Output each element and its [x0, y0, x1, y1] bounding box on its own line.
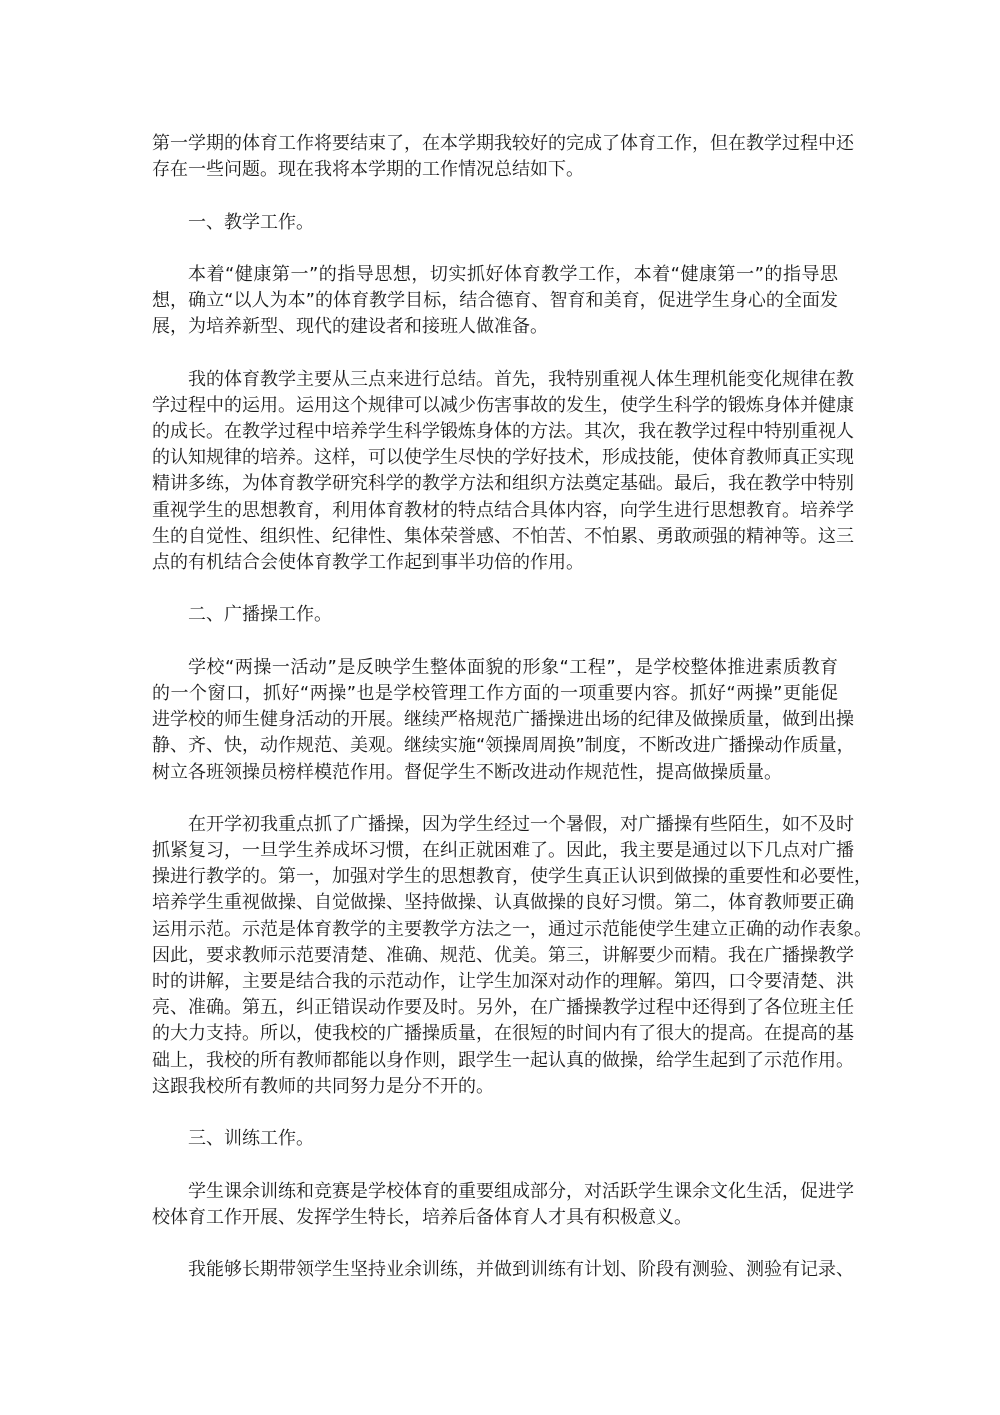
text-line: 学生课余训练和竞赛是学校体育的重要组成部分，对活跃学生课余文化生活，促进学	[152, 1179, 838, 1205]
paragraph: 学校“两操一活动”是反映学生整体面貌的形象“工程”，是学校整体推进素质教育 的一…	[152, 655, 838, 786]
document-page: 第一学期的体育工作将要结束了，在本学期我较好的完成了体育工作，但在教学过程中还 …	[152, 131, 838, 1309]
text-line: 的成长。在教学过程中培养学生科学锻炼身体的方法。其次，我在教学过程中特别重视人	[152, 419, 838, 445]
text-line: 精讲多练，为体育教学研究科学的教学方法和组织方法奠定基础。最后，我在教学中特别	[152, 471, 838, 497]
paragraph: 在开学初我重点抓了广播操，因为学生经过一个暑假，对广播操有些陌生，如不及时 抓紧…	[152, 812, 838, 1100]
text-line: 的一个窗口，抓好“两操”也是学校管理工作方面的一项重要内容。抓好“两操”更能促	[152, 681, 838, 707]
text-line: 运用示范。示范是体育教学的主要教学方法之一，通过示范能使学生建立正确的动作表象。	[152, 917, 838, 943]
text-line: 培养学生重视做操、自觉做操、坚持做操、认真做操的良好习惯。第二，体育教师要正确	[152, 890, 838, 916]
text-line: 本着“健康第一”的指导思想，切实抓好体育教学工作，本着“健康第一”的指导思	[152, 262, 838, 288]
text-line: 础上，我校的所有教师都能以身作则，跟学生一起认真的做操，给学生起到了示范作用。	[152, 1048, 838, 1074]
text-line: 抓紧复习，一旦学生养成坏习惯，在纠正就困难了。因此，我主要是通过以下几点对广播	[152, 838, 838, 864]
text-line: 学校“两操一活动”是反映学生整体面貌的形象“工程”，是学校整体推进素质教育	[152, 655, 838, 681]
section-heading-text: 二、广播操工作。	[152, 602, 838, 628]
section-heading-text: 三、训练工作。	[152, 1126, 838, 1152]
paragraph: 本着“健康第一”的指导思想，切实抓好体育教学工作，本着“健康第一”的指导思 想，…	[152, 262, 838, 341]
text-line: 静、齐、快，动作规范、美观。继续实施“领操周周换”制度，不断改进广播操动作质量，	[152, 733, 838, 759]
text-line: 的大力支持。所以，使我校的广播操质量，在很短的时间内有了很大的提高。在提高的基	[152, 1021, 838, 1047]
text-line: 展，为培养新型、现代的建设者和接班人做准备。	[152, 314, 838, 340]
paragraph: 我的体育教学主要从三点来进行总结。首先，我特别重视人体生理机能变化规律在教 学过…	[152, 367, 838, 577]
text-line: 在开学初我重点抓了广播操，因为学生经过一个暑假，对广播操有些陌生，如不及时	[152, 812, 838, 838]
section-heading-training: 三、训练工作。	[152, 1126, 838, 1152]
section-heading-broadcast-exercise: 二、广播操工作。	[152, 602, 838, 628]
text-line: 时的讲解，主要是结合我的示范动作，让学生加深对动作的理解。第四，口令要清楚、洪	[152, 969, 838, 995]
text-line: 因此，要求教师示范要清楚、准确、规范、优美。第三，讲解要少而精。我在广播操教学	[152, 943, 838, 969]
section-heading-teaching: 一、教学工作。	[152, 210, 838, 236]
text-line: 这跟我校所有教师的共同努力是分不开的。	[152, 1074, 838, 1100]
text-line: 想，确立“以人为本”的体育教学目标，结合德育、智育和美育，促进学生身心的全面发	[152, 288, 838, 314]
paragraph: 学生课余训练和竞赛是学校体育的重要组成部分，对活跃学生课余文化生活，促进学 校体…	[152, 1179, 838, 1231]
text-line: 重视学生的思想教育，利用体育教材的特点结合具体内容，向学生进行思想教育。培养学	[152, 498, 838, 524]
text-line: 学过程中的运用。运用这个规律可以减少伤害事故的发生，使学生科学的锻炼身体并健康	[152, 393, 838, 419]
text-line: 亮、准确。第五，纠正错误动作要及时。另外，在广播操教学过程中还得到了各位班主任	[152, 995, 838, 1021]
text-line: 树立各班领操员榜样模范作用。督促学生不断改进动作规范性，提高做操质量。	[152, 760, 838, 786]
text-line: 我的体育教学主要从三点来进行总结。首先，我特别重视人体生理机能变化规律在教	[152, 367, 838, 393]
section-heading-text: 一、教学工作。	[152, 210, 838, 236]
text-line: 点的有机结合会使体育教学工作起到事半功倍的作用。	[152, 550, 838, 576]
text-line: 生的自觉性、组织性、纪律性、集体荣誉感、不怕苦、不怕累、勇敢顽强的精神等。这三	[152, 524, 838, 550]
text-line: 的认知规律的培养。这样，可以使学生尽快的学好技术，形成技能，使体育教师真正实现	[152, 445, 838, 471]
text-line: 进学校的师生健身活动的开展。继续严格规范广播操进出场的纪律及做操质量，做到出操	[152, 707, 838, 733]
text-line: 校体育工作开展、发挥学生特长，培养后备体育人才具有积极意义。	[152, 1205, 838, 1231]
text-line: 第一学期的体育工作将要结束了，在本学期我较好的完成了体育工作，但在教学过程中还	[152, 131, 838, 157]
text-line: 我能够长期带领学生坚持业余训练，并做到训练有计划、阶段有测验、测验有记录、	[152, 1257, 838, 1283]
text-line: 存在一些问题。现在我将本学期的工作情况总结如下。	[152, 157, 838, 183]
text-line: 操进行教学的。第一，加强对学生的思想教育，使学生真正认识到做操的重要性和必要性，	[152, 864, 838, 890]
paragraph: 我能够长期带领学生坚持业余训练，并做到训练有计划、阶段有测验、测验有记录、	[152, 1257, 838, 1283]
intro-paragraph: 第一学期的体育工作将要结束了，在本学期我较好的完成了体育工作，但在教学过程中还 …	[152, 131, 838, 183]
